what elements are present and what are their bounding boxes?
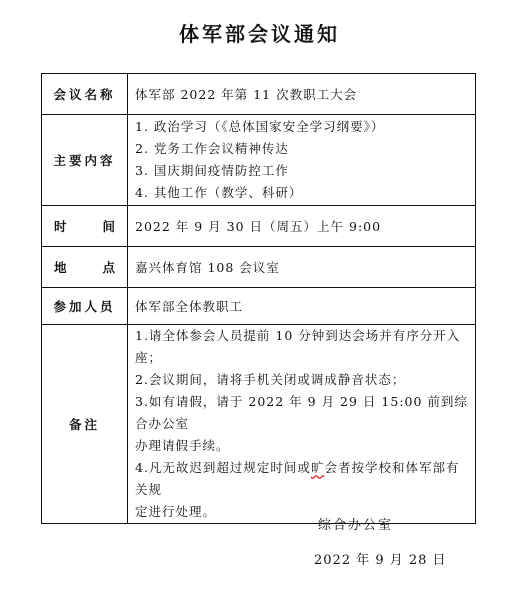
content-item: 4. 其他工作（教学、科研）: [135, 182, 469, 204]
note-line: 办理请假手续。: [135, 435, 469, 457]
note-line: 4.凡无故迟到超过规定时间或旷会者按学校和体军部有关规: [135, 457, 469, 501]
notes-label: 备注: [42, 325, 128, 524]
content-item: 1. 政治学习（《总体国家安全学习纲要》）: [135, 116, 469, 138]
note-line: 1.请全体参会人员提前 10 分钟到达会场并有序分开入座；: [135, 325, 469, 369]
row-main-content: 主要内容 1. 政治学习（《总体国家安全学习纲要》） 2. 党务工作会议精神传达…: [42, 115, 476, 206]
main-content-label: 主要内容: [42, 115, 128, 206]
attendees-value: 体军部全体教职工: [128, 288, 476, 325]
time-label: 时 间: [42, 206, 128, 247]
meeting-name-value: 体军部 2022 年第 11 次教职工大会: [128, 74, 476, 115]
note-line: 2.会议期间，请将手机关闭或调成静音状态；: [135, 369, 469, 391]
row-notes: 备注 1.请全体参会人员提前 10 分钟到达会场并有序分开入座； 2.会议期间，…: [42, 325, 476, 524]
time-value: 2022 年 9 月 30 日（周五）上午 9:00: [128, 206, 476, 247]
attendees-label: 参加人员: [42, 288, 128, 325]
location-value: 嘉兴体育馆 108 会议室: [128, 247, 476, 288]
row-location: 地 点 嘉兴体育馆 108 会议室: [42, 247, 476, 288]
location-label: 地 点: [42, 247, 128, 288]
row-meeting-name: 会议名称 体军部 2022 年第 11 次教职工大会: [42, 74, 476, 115]
notice-table: 会议名称 体军部 2022 年第 11 次教职工大会 主要内容 1. 政治学习（…: [41, 73, 476, 524]
document-title: 体军部会议通知: [0, 18, 519, 47]
main-content-list: 1. 政治学习（《总体国家安全学习纲要》） 2. 党务工作会议精神传达 3. 国…: [128, 115, 476, 206]
row-attendees: 参加人员 体军部全体教职工: [42, 288, 476, 325]
signature-date: 2022 年 9 月 28 日: [314, 549, 447, 568]
note-line: 定进行处理。: [135, 501, 469, 523]
content-item: 3. 国庆期间疫情防控工作: [135, 160, 469, 182]
meeting-name-label: 会议名称: [42, 74, 128, 115]
row-time: 时 间 2022 年 9 月 30 日（周五）上午 9:00: [42, 206, 476, 247]
spellcheck-flagged-word: 旷: [311, 460, 325, 475]
content-item: 2. 党务工作会议精神传达: [135, 138, 469, 160]
notes-list: 1.请全体参会人员提前 10 分钟到达会场并有序分开入座； 2.会议期间，请将手…: [128, 325, 476, 524]
signature-office: 综合办公室: [318, 514, 393, 533]
note-line: 3.如有请假，请于 2022 年 9 月 29 日 15:00 前到综合办公室: [135, 391, 469, 435]
